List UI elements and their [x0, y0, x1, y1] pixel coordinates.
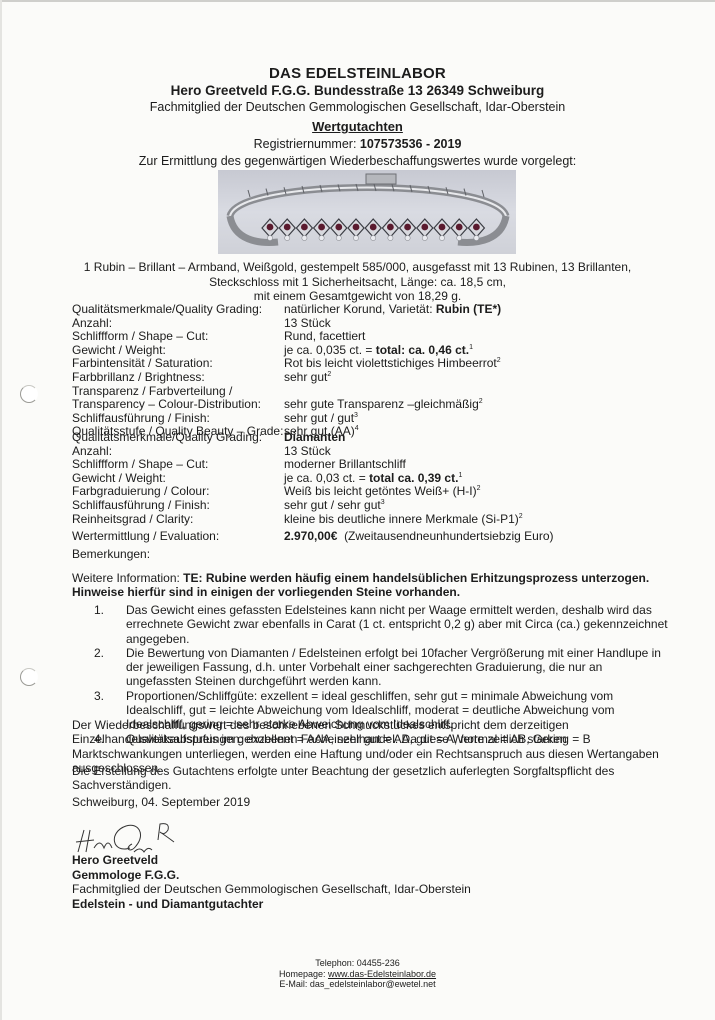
grading-value-text: natürlicher Korund, Varietät:: [284, 302, 436, 316]
grading-row: Gewicht / Weight:je ca. 0,03 ct. = total…: [72, 472, 523, 486]
grading-label: Anzahl:: [72, 317, 284, 331]
bracelet-photo: [218, 170, 516, 254]
grading-row: Reinheitsgrad / Clarity:kleine bis deutl…: [72, 513, 523, 527]
place-date: Schweiburg, 04. September 2019: [72, 795, 662, 809]
intro-text: Zur Ermittlung des gegenwärtigen Wiederb…: [0, 154, 715, 168]
signatory-name: Hero Greetveld: [72, 853, 471, 868]
grading-row: Schliffform / Shape – Cut:moderner Brill…: [72, 458, 523, 472]
punch-hole-icon: [20, 385, 38, 403]
grading-value-text: sehr gut: [284, 370, 327, 384]
grading-label: Reinheitsgrad / Clarity:: [72, 513, 284, 527]
grading-value: 13 Stück: [284, 445, 523, 459]
ruby-grading-table: Qualitätsmerkmale/Quality Grading:natürl…: [72, 303, 501, 439]
grading-label: Transparency – Colour-Distribution:: [72, 398, 284, 412]
grading-row: Qualitätsmerkmale/Quality Grading:Diaman…: [72, 431, 523, 445]
grading-value-text: sehr gut / sehr gut: [284, 498, 381, 512]
page-edge-left: [0, 0, 2, 1020]
grading-label: Anzahl:: [72, 445, 284, 459]
grading-row: Gewicht / Weight:je ca. 0,035 ct. = tota…: [72, 344, 501, 358]
grading-value-text: 13 Stück: [284, 444, 331, 458]
signatory-membership: Fachmitglied der Deutschen Gemmologische…: [72, 882, 471, 897]
footer-homepage: Homepage: www.das-Edelsteinlabor.de: [0, 969, 715, 980]
document-title: Wertgutachten: [0, 119, 715, 134]
grading-value-text: moderner Brillantschliff: [284, 457, 406, 471]
grading-value: Rund, facettiert: [284, 330, 501, 344]
further-info-label: Weitere Information:: [72, 571, 183, 585]
grading-label: Gewicht / Weight:: [72, 472, 284, 486]
lab-membership: Fachmitglied der Deutschen Gemmologische…: [0, 100, 715, 114]
grading-label: Qualitätsmerkmale/Quality Grading:: [72, 431, 284, 445]
footnote-number: 1.: [72, 603, 126, 646]
grading-row: Anzahl:13 Stück: [72, 445, 523, 459]
grading-row: Schliffausführung / Finish:sehr gut / se…: [72, 499, 523, 513]
grading-value-bold: Diamanten: [284, 430, 345, 444]
grading-value: [284, 385, 501, 399]
grading-label: Farbgraduierung / Colour:: [72, 485, 284, 499]
homepage-link[interactable]: www.das-Edelsteinlabor.de: [328, 969, 436, 979]
grading-label: Qualitätsmerkmale/Quality Grading:: [72, 303, 284, 317]
grading-value: sehr gute Transparenz –gleichmäßig2: [284, 398, 501, 412]
footnote-ref: 3: [354, 412, 358, 419]
signatory-role: Edelstein - und Diamantgutachter: [72, 897, 471, 912]
signatory-title: Gemmologe F.G.G.: [72, 868, 471, 883]
footer-telephone: Telephon: 04455-236: [0, 958, 715, 969]
remarks-row: Bemerkungen:: [72, 548, 554, 562]
grading-row: Farbbrillanz / Brightness:sehr gut2: [72, 371, 501, 385]
item-description: 1 Rubin – Brillant – Armband, Weißgold, …: [0, 260, 715, 304]
grading-value-bold: total: ca. 0,46 ct.: [376, 343, 469, 357]
grading-value: sehr gut / gut3: [284, 412, 501, 426]
grading-row: Schliffausführung / Finish:sehr gut / gu…: [72, 412, 501, 426]
footnote-text: Das Gewicht eines gefassten Edelsteines …: [126, 603, 668, 646]
grading-value: kleine bis deutliche innere Merkmale (Si…: [284, 513, 523, 527]
footnote-ref: 2: [479, 398, 483, 405]
evaluation-amount: 2.970,00€: [284, 529, 337, 543]
grading-row: Transparenz / Farbverteilung /: [72, 385, 501, 399]
evaluation-value: 2.970,00€ (Zweitausendneunhundertsiebzig…: [284, 530, 554, 544]
grading-value: natürlicher Korund, Varietät: Rubin (TE*…: [284, 303, 501, 317]
diamond-grading-table: Qualitätsmerkmale/Quality Grading:Diaman…: [72, 431, 523, 526]
grading-value-text: sehr gut / gut: [284, 411, 354, 425]
footnote-ref: 1: [458, 472, 462, 479]
grading-label: Farbintensität / Saturation:: [72, 357, 284, 371]
footnote-number: 2.: [72, 646, 126, 689]
punch-hole-icon: [20, 668, 38, 686]
evaluation-amount-words: (Zweitausendneunhundertsiebzig Euro): [344, 529, 553, 543]
grading-row: Farbgraduierung / Colour:Weiß bis leicht…: [72, 485, 523, 499]
grading-value-text: Rot bis leicht violettstichiges Himbeerr…: [284, 356, 497, 370]
item-description-line: Steckschloss mit 1 Sicherheitsacht, Läng…: [0, 275, 715, 290]
page-edge: [0, 0, 715, 2]
grading-value-bold: total ca. 0,39 ct.: [369, 471, 458, 485]
grading-value: Rot bis leicht violettstichiges Himbeerr…: [284, 357, 501, 371]
footnote-ref: 2: [327, 371, 331, 378]
footnote-ref: 2: [477, 485, 481, 492]
grading-label: Schliffform / Shape – Cut:: [72, 330, 284, 344]
grading-row: Anzahl:13 Stück: [72, 317, 501, 331]
grading-value: 13 Stück: [284, 317, 501, 331]
email-label: E-Mail:: [279, 979, 310, 989]
grading-value-text: je ca. 0,03 ct. =: [284, 471, 369, 485]
footnote-text: Die Bewertung von Diamanten / Edelsteine…: [126, 646, 668, 689]
telephone-label: Telephon:: [315, 958, 357, 968]
item-description-line: 1 Rubin – Brillant – Armband, Weißgold, …: [0, 260, 715, 275]
grading-value-text: Rund, facettiert: [284, 329, 365, 343]
grading-label: Transparenz / Farbverteilung /: [72, 385, 284, 399]
diligence-paragraph: Die Erstellung des Gutachtens erfolgte u…: [72, 764, 632, 793]
footer-contact: Telephon: 04455-236 Homepage: www.das-Ed…: [0, 958, 715, 990]
grading-label: Schliffform / Shape – Cut:: [72, 458, 284, 472]
grading-value-bold: Rubin (TE*): [436, 302, 501, 316]
footnote-ref: 1: [469, 344, 473, 351]
homepage-label: Homepage:: [279, 969, 328, 979]
grading-value-text: 13 Stück: [284, 316, 331, 330]
grading-row: Transparency – Colour-Distribution:sehr …: [72, 398, 501, 412]
registration-label: Registriernummer:: [254, 137, 357, 151]
footnote-ref: 3: [381, 499, 385, 506]
grading-value: moderner Brillantschliff: [284, 458, 523, 472]
grading-label: Farbbrillanz / Brightness:: [72, 371, 284, 385]
grading-label: Gewicht / Weight:: [72, 344, 284, 358]
evaluation-row: Wertermittlung / Evaluation: 2.970,00€ (…: [72, 530, 554, 544]
email-link[interactable]: das_edelsteinlabor@ewetel.net: [310, 979, 436, 989]
grading-value: je ca. 0,035 ct. = total: ca. 0,46 ct.1: [284, 344, 501, 358]
grading-value: sehr gut2: [284, 371, 501, 385]
footer-email: E-Mail: das_edelsteinlabor@ewetel.net: [0, 979, 715, 990]
grading-row: Qualitätsmerkmale/Quality Grading:natürl…: [72, 303, 501, 317]
registration-number: 107573536 - 2019: [360, 137, 461, 151]
lab-address: Hero Greetveld F.G.G. Bundesstraße 13 26…: [0, 83, 715, 98]
footnote-item: 2.Die Bewertung von Diamanten / Edelstei…: [72, 646, 668, 689]
evaluation-label: Wertermittlung / Evaluation:: [72, 530, 284, 544]
grading-value-text: kleine bis deutliche innere Merkmale (Si…: [284, 512, 519, 526]
footnote-ref: 2: [497, 357, 501, 364]
grading-value: sehr gut / sehr gut3: [284, 499, 523, 513]
grading-row: Schliffform / Shape – Cut:Rund, facettie…: [72, 330, 501, 344]
footnote-item: 1.Das Gewicht eines gefassten Edelsteine…: [72, 603, 668, 646]
grading-value: je ca. 0,03 ct. = total ca. 0,39 ct.1: [284, 472, 523, 486]
footnote-ref: 2: [519, 513, 523, 520]
remarks-label: Bemerkungen:: [72, 548, 284, 562]
grading-value-text: sehr gute Transparenz –gleichmäßig: [284, 397, 479, 411]
grading-value-text: je ca. 0,035 ct. =: [284, 343, 376, 357]
grading-label: Schliffausführung / Finish:: [72, 499, 284, 513]
telephone-value: 04455-236: [357, 958, 400, 968]
grading-value: Weiß bis leicht getöntes Weiß+ (H-I)2: [284, 485, 523, 499]
registration-line: Registriernummer: 107573536 - 2019: [0, 137, 715, 151]
grading-row: Farbintensität / Saturation:Rot bis leic…: [72, 357, 501, 371]
lab-name: DAS EDELSTEINLABOR: [0, 65, 715, 82]
evaluation-section: Wertermittlung / Evaluation: 2.970,00€ (…: [72, 530, 554, 561]
further-information: Weitere Information: TE: Rubine werden h…: [72, 571, 672, 600]
grading-value: Diamanten: [284, 431, 523, 445]
signatory-block: Hero Greetveld Gemmologe F.G.G. Fachmitg…: [72, 853, 471, 911]
grading-label: Schliffausführung / Finish:: [72, 412, 284, 426]
grading-value-text: Weiß bis leicht getöntes Weiß+ (H-I): [284, 484, 477, 498]
